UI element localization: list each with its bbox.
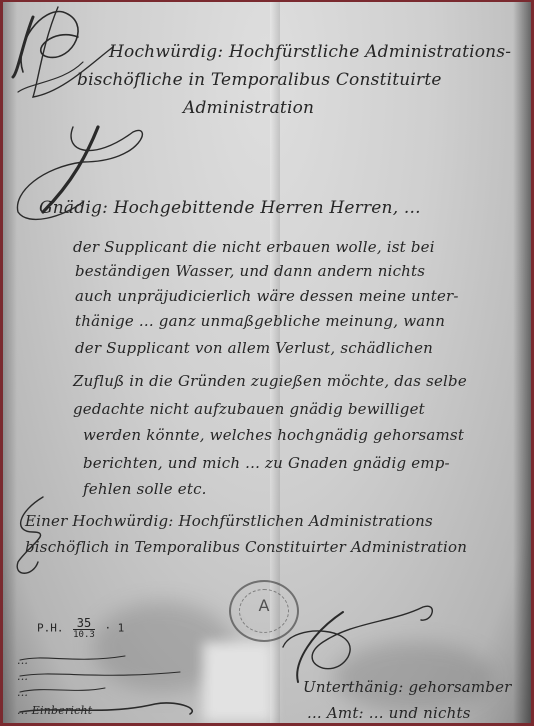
initial-h-flourish xyxy=(3,2,133,122)
signature-line: Unterthänig: gehorsamber xyxy=(303,678,512,696)
body-line: werden könnte, welches hochgnädig gehors… xyxy=(83,426,464,444)
body-line: auch unpräjudicierlich wäre dessen meine… xyxy=(75,287,459,305)
marginal-scribble xyxy=(15,650,205,722)
header-line: Administration xyxy=(183,98,314,118)
body-line: beständigen Wasser, und dann andern nich… xyxy=(75,262,425,280)
salutation: Gnädig: Hochgebittende Herren Herren, ..… xyxy=(39,198,421,218)
shelfmark-numerator: 35 xyxy=(73,617,95,630)
shelfmark: P.H. 35 10.3 · 1 xyxy=(37,617,124,640)
shelfmark-fraction: 35 10.3 xyxy=(73,617,95,640)
body-line: fehlen solle etc. xyxy=(83,480,207,498)
shelfmark-denominator: 10.3 xyxy=(73,630,95,640)
body-line: der Supplicant von allem Verlust, schädl… xyxy=(75,339,433,357)
body-line: gedachte nicht aufzubauen gnädig bewilli… xyxy=(73,400,425,418)
body-line: thänige ... ganz unmaßgebliche meinung, … xyxy=(75,312,445,330)
header-line: bischöfliche in Temporalibus Constituirt… xyxy=(77,70,442,90)
edge-shadow-right xyxy=(513,2,531,723)
closing-initial-flourish xyxy=(8,492,68,582)
shelfmark-suffix: · 1 xyxy=(104,622,124,635)
document-scan: Hochwürdig: Hochfürstliche Administratio… xyxy=(3,2,531,723)
signature-line: ... Amt: ... und nichts xyxy=(307,704,471,722)
body-line: der Supplicant die nicht erbauen wolle, … xyxy=(73,238,435,256)
light-patch xyxy=(203,642,273,722)
shelfmark-prefix: P.H. xyxy=(37,622,64,635)
header-line: Hochwürdig: Hochfürstliche Administratio… xyxy=(109,42,511,62)
archival-stamp: A xyxy=(229,580,299,642)
body-line: berichten, und mich ... zu Gnaden gnädig… xyxy=(83,454,450,472)
stamp-letter: A xyxy=(231,596,297,615)
body-line: Zufluß in die Gründen zugießen möchte, d… xyxy=(73,372,467,390)
closing-address-line: Einer Hochwürdig: Hochfürstlichen Admini… xyxy=(25,512,433,530)
closing-address-line: bischöflich in Temporalibus Constituirte… xyxy=(25,538,467,556)
